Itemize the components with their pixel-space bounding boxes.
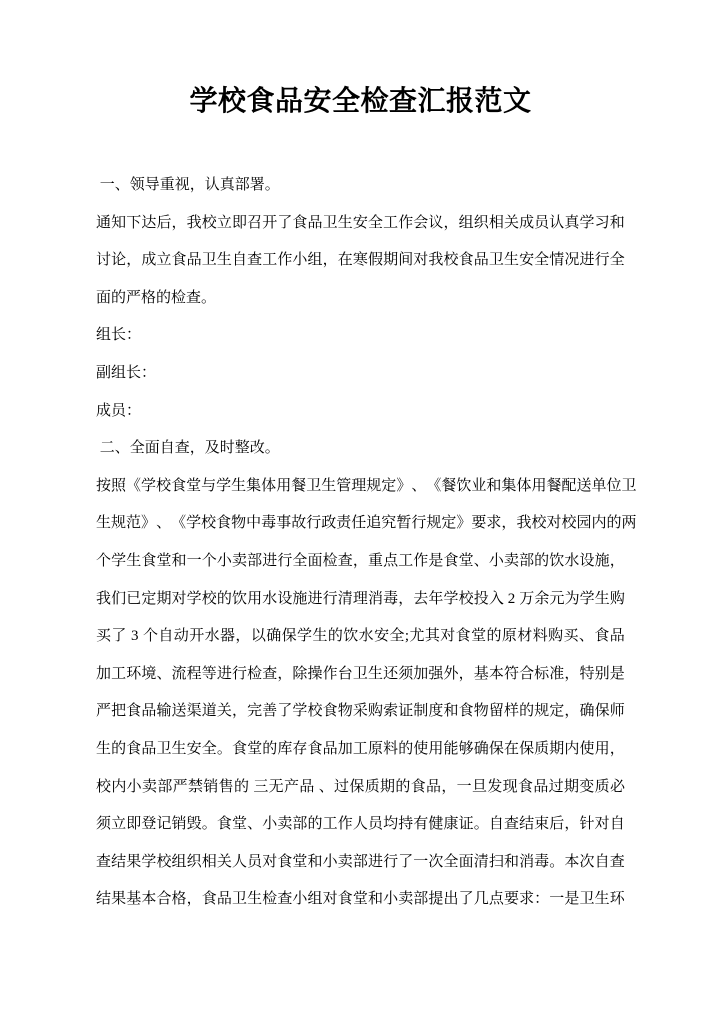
- document-line: 生的食品卫生安全。食堂的库存食品加工原料的使用能够确保在保质期内使用，: [96, 731, 625, 769]
- document-line: 组长：: [96, 317, 625, 355]
- document-line: 我们已定期对学校的饮用水设施进行清理消毒，去年学校投入 2 万余元为学生购: [96, 581, 625, 619]
- document-title: 学校食品安全检查汇报范文: [0, 80, 721, 124]
- document-line: 个学生食堂和一个小卖部进行全面检查，重点工作是食堂、小卖部的饮水设施，: [96, 543, 625, 581]
- document-line: 通知下达后，我校立即召开了食品卫生安全工作会议，组织相关成员认真学习和: [96, 205, 625, 243]
- document-line: 成员：: [96, 393, 625, 431]
- document-line: 讨论，成立食品卫生自查工作小组，在寒假期间对我校食品卫生安全情况进行全: [96, 242, 625, 280]
- document-line: 须立即登记销毁。食堂、小卖部的工作人员均持有健康证。自查结束后，针对自: [96, 806, 625, 844]
- document-line: 生规范》、《学校食物中毒事故行政责任追究暂行规定》要求，我校对校园内的两: [96, 505, 625, 543]
- document-line: 查结果学校组织相关人员对食堂和小卖部进行了一次全面清扫和消毒。本次自查: [96, 844, 625, 882]
- document-line: 加工环境、流程等进行检查，除操作台卫生还须加强外，基本符合标准，特别是: [96, 656, 625, 694]
- document-page: 学校食品安全检查汇报范文 一、领导重视，认真部署。通知下达后，我校立即召开了食品…: [0, 0, 721, 1020]
- document-line: 面的严格的检查。: [96, 280, 625, 318]
- document-line: 严把食品输送渠道关，完善了学校食物采购索证制度和食物留样的规定，确保师: [96, 693, 625, 731]
- document-line: 结果基本合格，食品卫生检查小组对食堂和小卖部提出了几点要求：一是卫生环: [96, 881, 625, 919]
- document-line: 一、领导重视，认真部署。: [96, 167, 625, 205]
- document-line: 校内小卖部严禁销售的 三无产品 、过保质期的食品，一旦发现食品过期变质必: [96, 769, 625, 807]
- document-line: 二、全面自查，及时整改。: [96, 430, 625, 468]
- document-line: 副组长：: [96, 355, 625, 393]
- document-line: 买了 3 个自动开水器，以确保学生的饮水安全;尤其对食堂的原材料购买、食品: [96, 618, 625, 656]
- document-body: 一、领导重视，认真部署。通知下达后，我校立即召开了食品卫生安全工作会议，组织相关…: [96, 167, 625, 919]
- document-line: 按照《学校食堂与学生集体用餐卫生管理规定》、《餐饮业和集体用餐配送单位卫: [96, 468, 625, 506]
